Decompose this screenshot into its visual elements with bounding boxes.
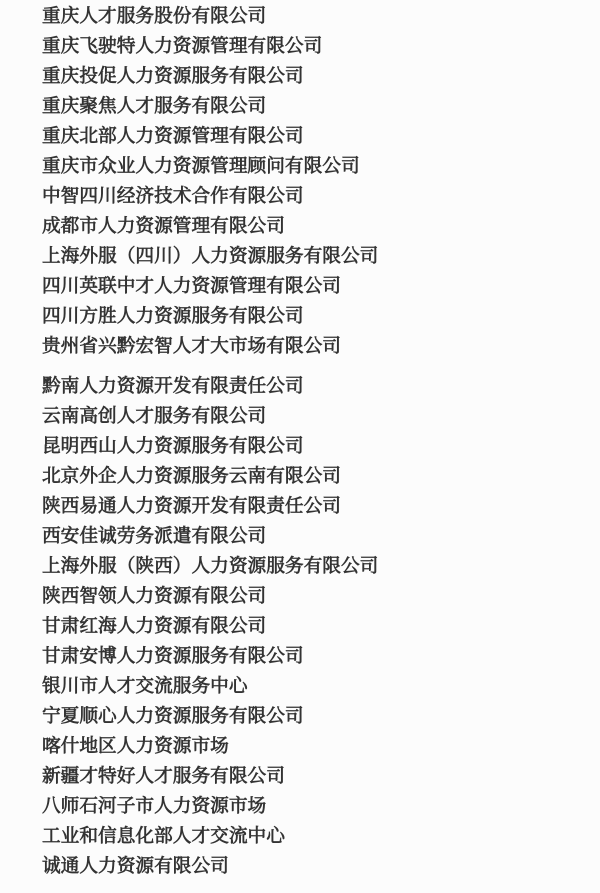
company-name: 黔南人力资源开发有限责任公司 <box>42 371 600 401</box>
company-name: 宁夏顺心人力资源服务有限公司 <box>42 701 600 731</box>
company-name: 重庆北部人力资源管理有限公司 <box>42 121 600 151</box>
company-name: 北京外企人力资源服务云南有限公司 <box>42 461 600 491</box>
company-name: 四川方胜人力资源服务有限公司 <box>42 301 600 331</box>
company-name: 四川英联中才人力资源管理有限公司 <box>42 271 600 301</box>
company-group-2: 黔南人力资源开发有限责任公司云南高创人才服务有限公司昆明西山人力资源服务有限公司… <box>42 371 600 881</box>
company-name: 重庆投促人力资源服务有限公司 <box>42 61 600 91</box>
company-name: 贵州省兴黔宏智人才大市场有限公司 <box>42 331 600 361</box>
company-name: 银川市人才交流服务中心 <box>42 671 600 701</box>
company-group-1: 重庆人才服务股份有限公司重庆飞驶特人力资源管理有限公司重庆投促人力资源服务有限公… <box>42 1 600 361</box>
company-name: 西安佳诚劳务派遣有限公司 <box>42 521 600 551</box>
company-name: 喀什地区人力资源市场 <box>42 731 600 761</box>
company-name: 陕西易通人力资源开发有限责任公司 <box>42 491 600 521</box>
company-name: 八师石河子市人力资源市场 <box>42 791 600 821</box>
company-name: 成都市人力资源管理有限公司 <box>42 211 600 241</box>
company-name: 重庆人才服务股份有限公司 <box>42 1 600 31</box>
company-name: 工业和信息化部人才交流中心 <box>42 821 600 851</box>
company-name: 云南高创人才服务有限公司 <box>42 401 600 431</box>
company-name: 昆明西山人力资源服务有限公司 <box>42 431 600 461</box>
company-name: 甘肃红海人力资源有限公司 <box>42 611 600 641</box>
company-name: 中智四川经济技术合作有限公司 <box>42 181 600 211</box>
company-name: 新疆才特好人才服务有限公司 <box>42 761 600 791</box>
company-name: 甘肃安博人力资源服务有限公司 <box>42 641 600 671</box>
company-name: 陕西智领人力资源有限公司 <box>42 581 600 611</box>
company-name: 重庆飞驶特人力资源管理有限公司 <box>42 31 600 61</box>
company-name: 重庆聚焦人才服务有限公司 <box>42 91 600 121</box>
company-name: 上海外服（四川）人力资源服务有限公司 <box>42 241 600 271</box>
company-name: 重庆市众业人力资源管理顾问有限公司 <box>42 151 600 181</box>
company-name: 上海外服（陕西）人力资源服务有限公司 <box>42 551 600 581</box>
company-name-list-page: 重庆人才服务股份有限公司重庆飞驶特人力资源管理有限公司重庆投促人力资源服务有限公… <box>0 0 600 893</box>
company-name: 诚通人力资源有限公司 <box>42 851 600 881</box>
